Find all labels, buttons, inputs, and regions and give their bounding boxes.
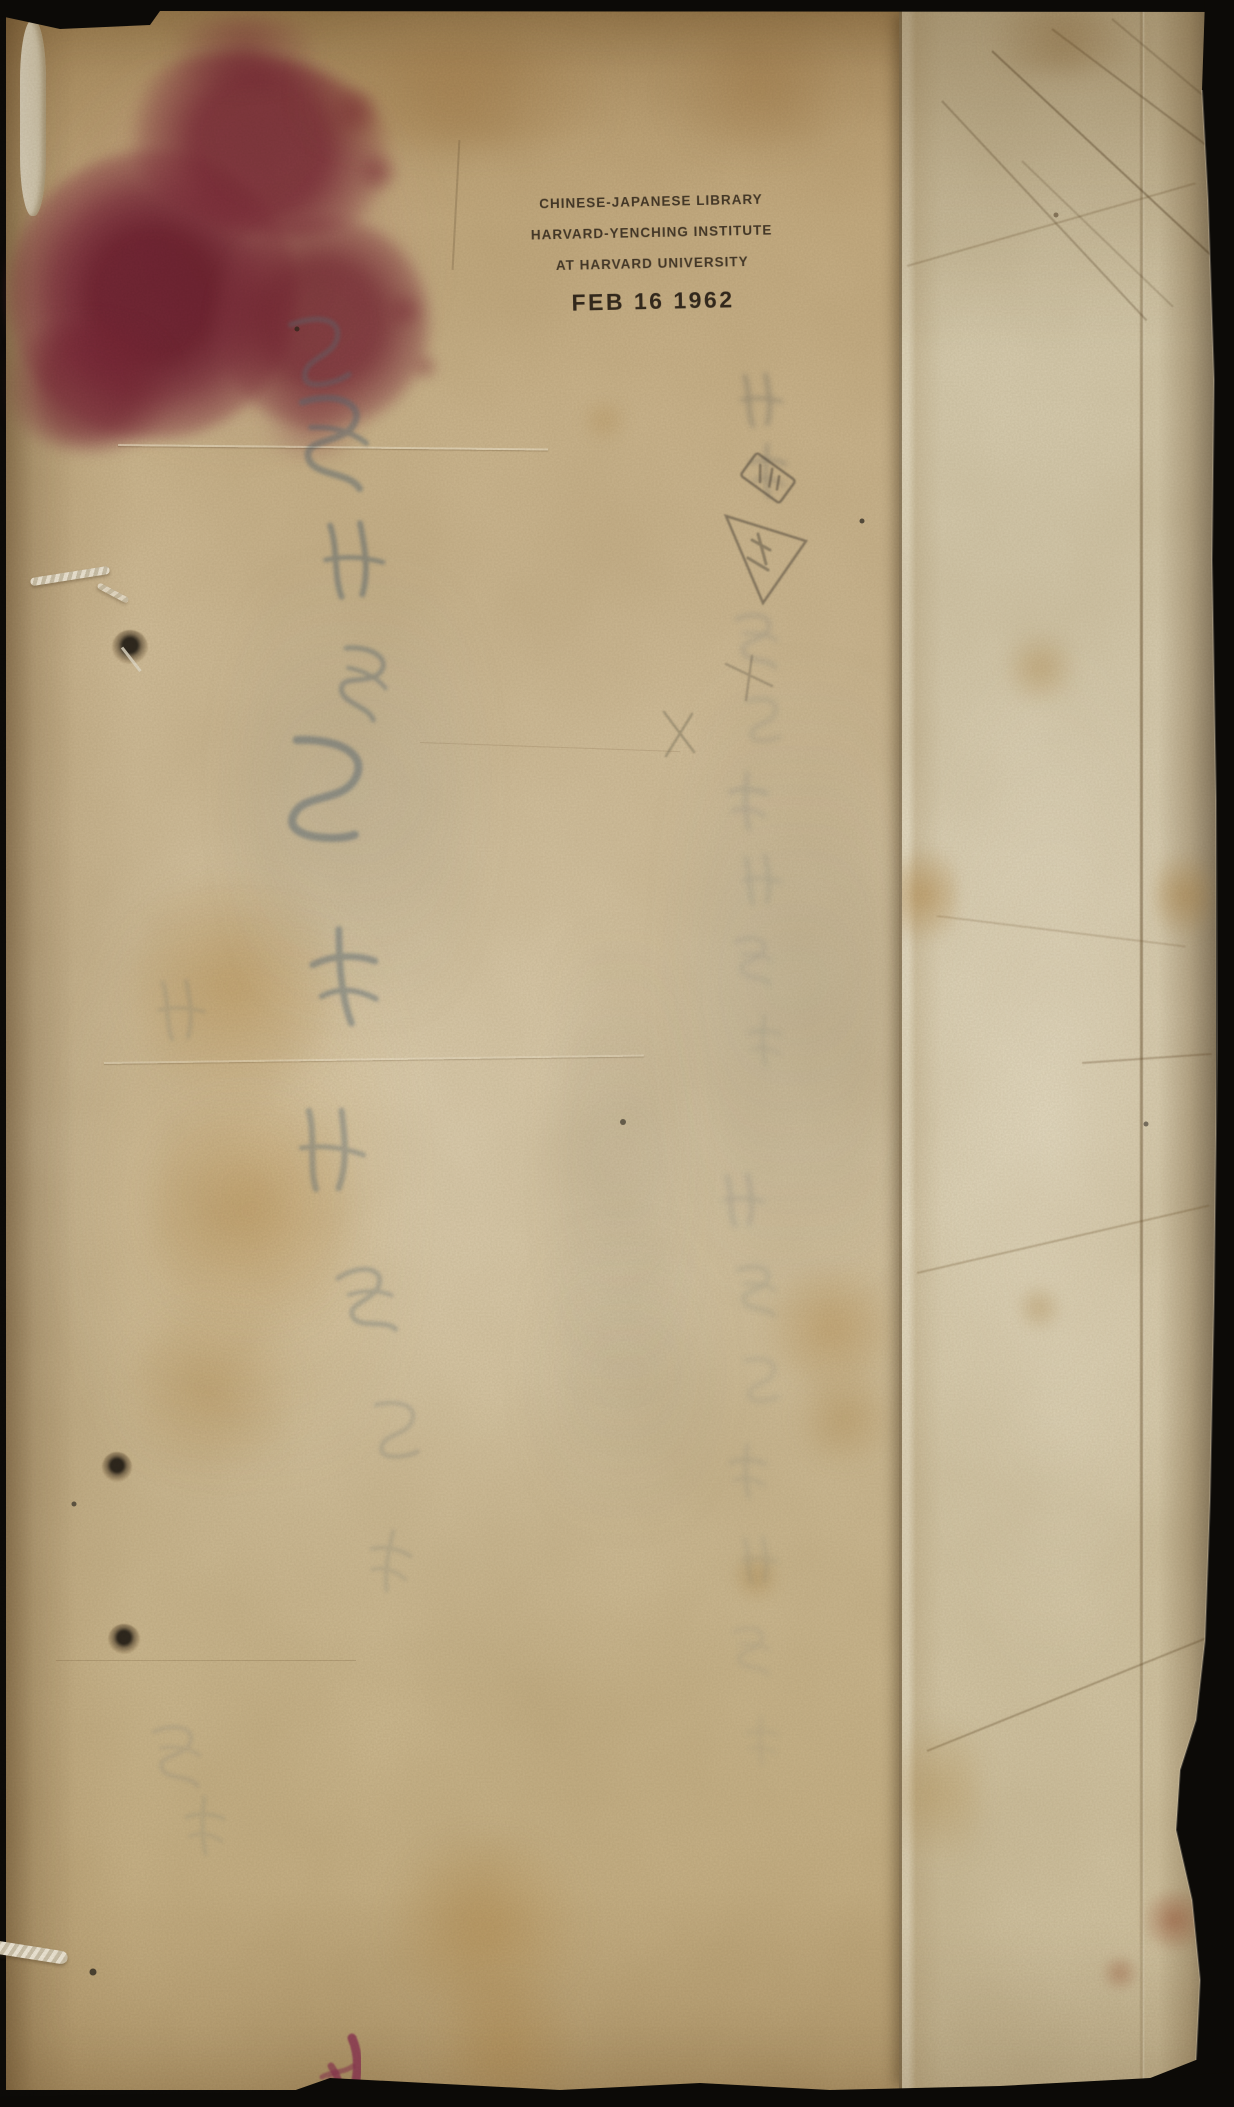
- handwriting-right-column: [724, 374, 786, 1763]
- strip-vertical-crease: [1140, 10, 1143, 2090]
- ochre-stain: [90, 820, 390, 1560]
- maroon-spot: [352, 150, 402, 194]
- scan-bed-right: [1000, 0, 1234, 2107]
- maroon-stain-lobe: [215, 215, 430, 430]
- maroon-spot: [382, 292, 426, 330]
- scratch-mark: [1111, 18, 1216, 135]
- date-stamp: FEB 16 1962: [523, 283, 784, 319]
- crease-line: [104, 1054, 644, 1064]
- stamp-line-3: AT HARVARD UNIVERSITY: [522, 245, 783, 281]
- strip-stain: [899, 835, 958, 955]
- ink-ghost-cloud: [540, 1160, 710, 1590]
- ochre-stain: [380, 1832, 590, 2022]
- ochre-stain: [120, 1290, 300, 1490]
- ink-specks: [72, 213, 1149, 1976]
- binding-hole: [108, 1624, 140, 1654]
- strip-stain: [1014, 1282, 1064, 1334]
- ochre-stain: [150, 1060, 350, 1360]
- scratch-mark: [941, 100, 1147, 321]
- strip-stain-red: [1138, 1890, 1210, 1950]
- shadow-band: [560, 820, 680, 1500]
- crease-line: [118, 444, 548, 451]
- scan-bed-edges: [0, 0, 1234, 2107]
- ochre-stain: [576, 398, 632, 442]
- strip-crease: [927, 1634, 1215, 1752]
- scratch-mark: [1021, 160, 1173, 307]
- ochre-stain: [420, 1975, 590, 2107]
- binding-thread: [97, 582, 130, 603]
- handwriting-and-marks: [0, 0, 1234, 2107]
- handwriting-left-column: [154, 316, 417, 1854]
- pencil-accession-marks: [664, 453, 806, 756]
- maroon-stain-lobe: [0, 320, 180, 450]
- binding-thread: [0, 1940, 69, 1965]
- ochre-stain: [128, 856, 338, 1116]
- binding-hole-slash: [121, 647, 142, 672]
- scanned-page: CHINESE-JAPANESE LIBRARY HARVARD-YENCHIN…: [0, 0, 1234, 2107]
- maroon-stain-top: [150, 18, 340, 88]
- ink-ghost-cloud: [690, 520, 900, 1440]
- paper-sliver: [20, 20, 46, 216]
- maroon-stain-core: [8, 150, 298, 440]
- maroon-spot: [322, 88, 386, 134]
- scratch-mark: [1051, 28, 1216, 174]
- ink-ghost-cloud: [240, 470, 470, 1110]
- ochre-stain: [762, 1262, 902, 1392]
- cover-paper: [6, 10, 1213, 2090]
- library-stamp: CHINESE-JAPANESE LIBRARY HARVARD-YENCHIN…: [521, 183, 784, 319]
- torn-edge-highlight: [1176, 90, 1217, 2060]
- scratch-mark: [991, 50, 1216, 277]
- fiber-mark: [452, 140, 461, 270]
- strip-stain-red: [1098, 1956, 1142, 1990]
- ochre-stain: [240, 40, 670, 150]
- binding-hole: [112, 630, 148, 664]
- strip-stain: [1154, 840, 1212, 950]
- ochre-stain: [732, 1548, 780, 1606]
- crease-line: [56, 1660, 356, 1661]
- red-ink-mark: [322, 2038, 357, 2096]
- strip-crease: [917, 1205, 1210, 1274]
- strip-crease: [907, 182, 1196, 267]
- scan-bed-top: [0, 0, 1234, 29]
- maroon-spot: [408, 352, 442, 382]
- stamp-line-2: HARVARD-YENCHING INSTITUTE: [521, 214, 782, 250]
- strip-edge-shade: [1158, 10, 1216, 2090]
- crease-line: [420, 742, 680, 752]
- strip-crease: [1082, 1053, 1212, 1064]
- binding-hole: [102, 1452, 132, 1482]
- paper-texture: [0, 0, 1234, 2107]
- maroon-stain-lobe: [104, 28, 415, 262]
- fold-strip: [899, 10, 1216, 2090]
- strip-stain: [899, 1698, 982, 1888]
- maroon-drip: [252, 388, 372, 458]
- maroon-stain-fringe: [20, 55, 450, 455]
- strip-stain: [962, 10, 1162, 74]
- strip-crease: [937, 915, 1185, 947]
- stamp-line-1: CHINESE-JAPANESE LIBRARY: [521, 183, 782, 219]
- ochre-stain: [790, 1368, 900, 1468]
- binding-thread: [30, 566, 110, 586]
- strip-stain: [1002, 628, 1078, 708]
- scan-bed-bottom: [0, 2072, 1234, 2107]
- ochre-stain: [640, 30, 880, 150]
